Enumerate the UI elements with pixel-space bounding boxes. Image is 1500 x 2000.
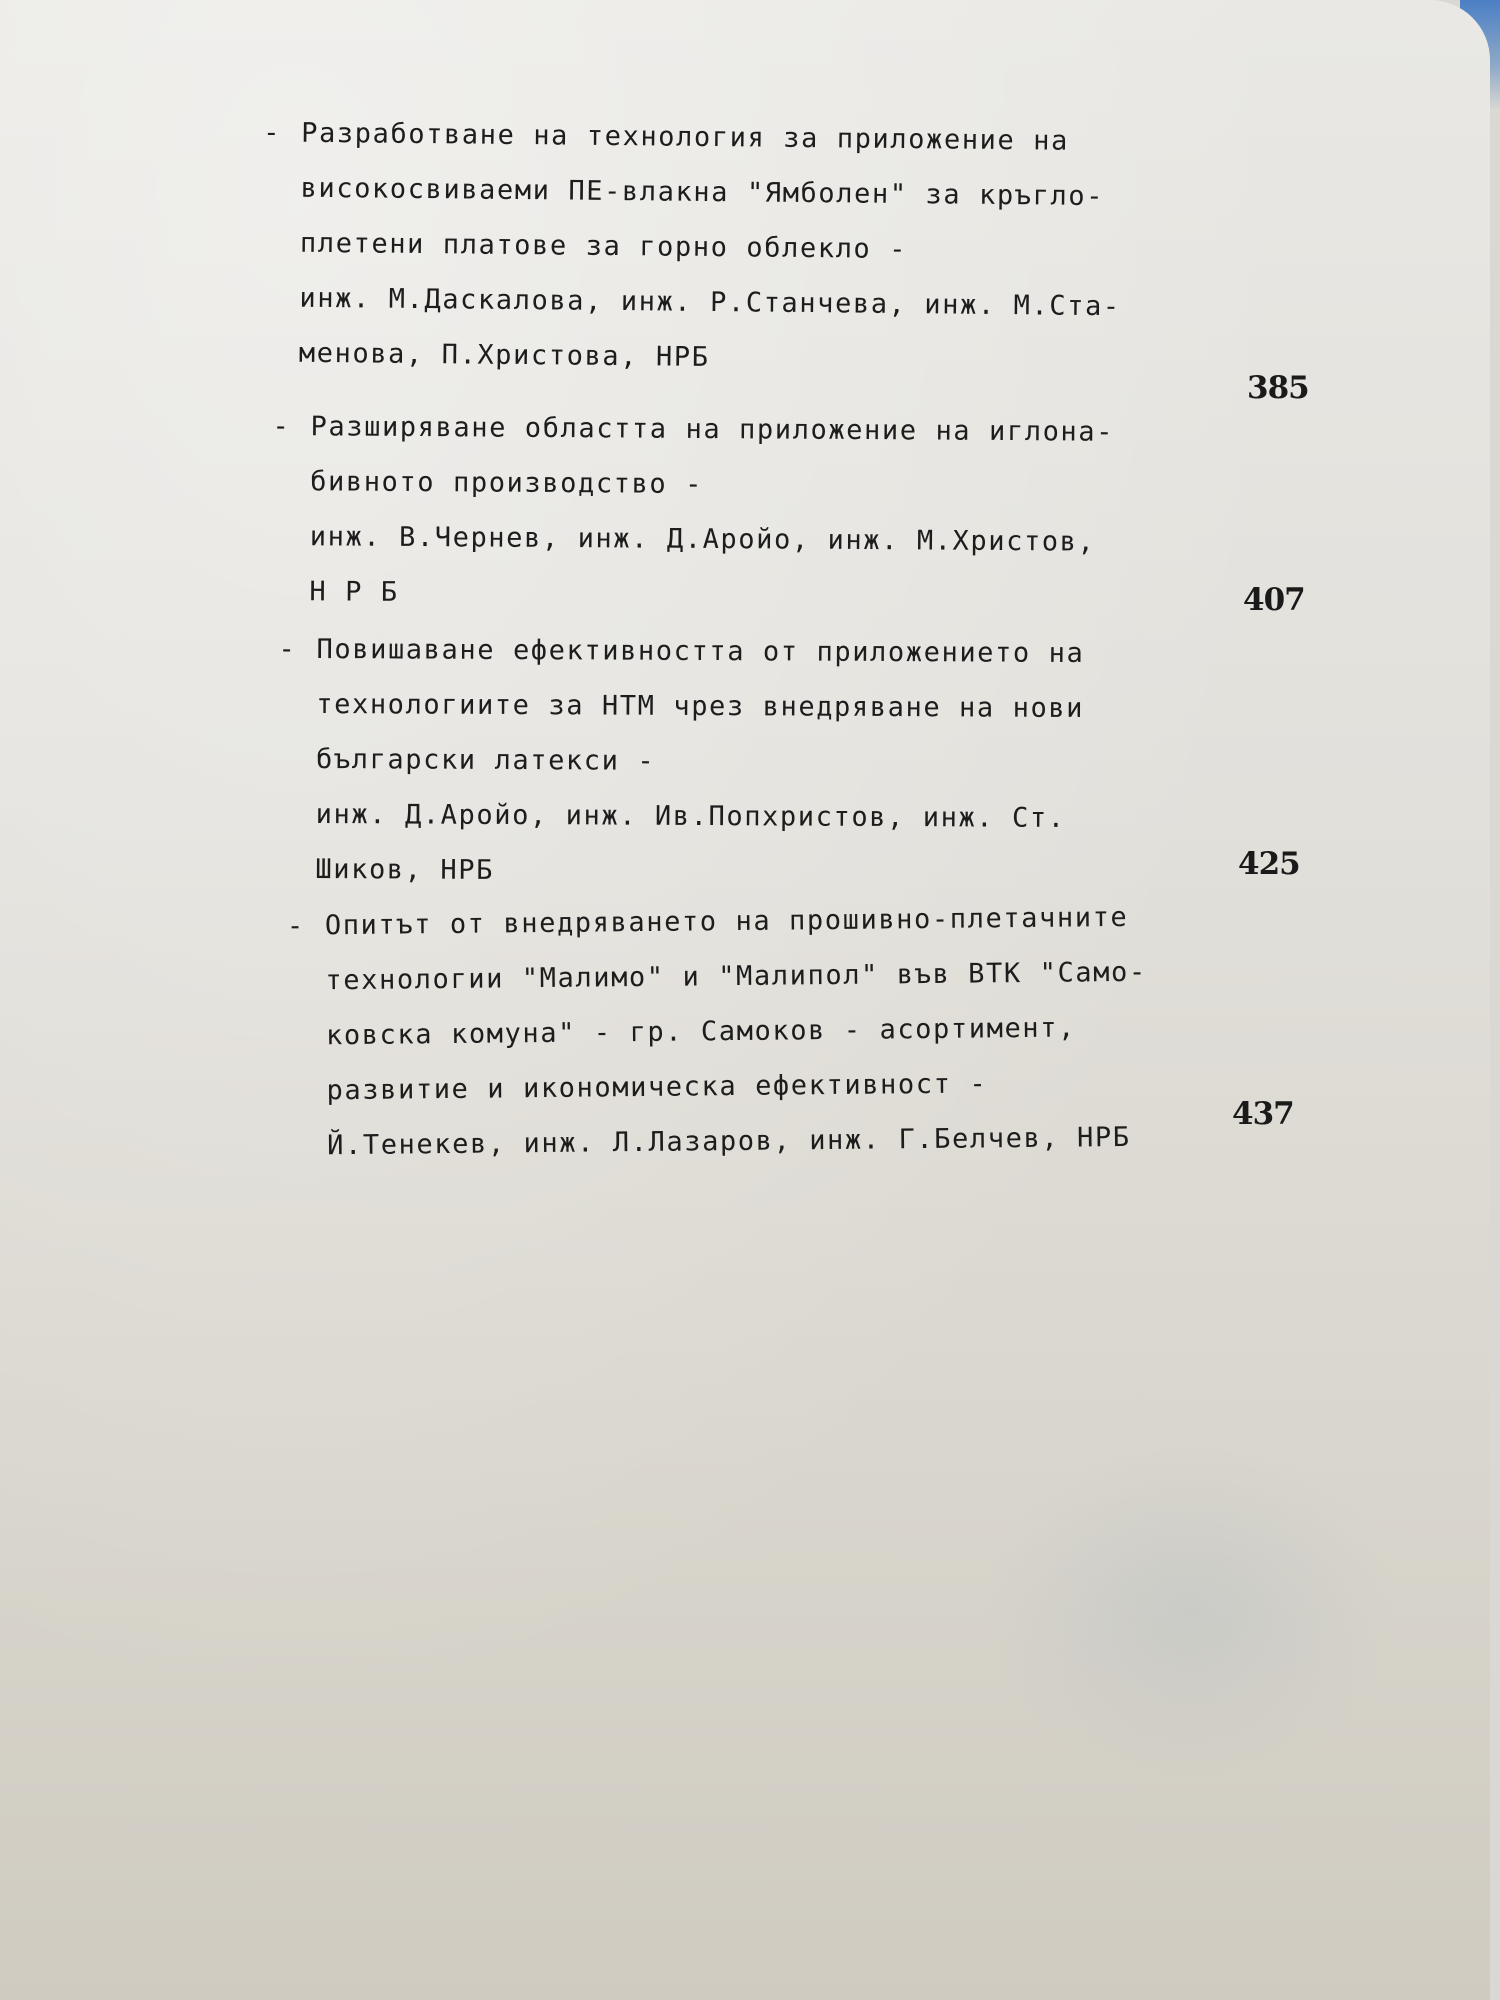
entry-bullet: -	[278, 622, 296, 677]
entry-title-line: Опитът от внедряването на прошивно-плета…	[325, 890, 1147, 954]
entry-page-number: 437	[1232, 1096, 1294, 1132]
toc-entry: - Повишаване ефективността от приложение…	[315, 622, 1084, 901]
entry-title-line: български латекси -	[316, 732, 1084, 791]
entry-authors-line: инж. Д.Аройо, инж. Ив.Попхристов, инж. С…	[316, 787, 1084, 846]
entry-page-number: 407	[1243, 582, 1305, 618]
entry-page-number: 425	[1238, 846, 1300, 882]
entry-authors-line: Й.Тенекев, инж. Л.Лазаров, инж. Г.Белчев…	[327, 1110, 1149, 1174]
entry-title-line: високосвиваеми ПЕ-влакна "Ямболен" за кр…	[300, 161, 1122, 225]
entry-title-line: Разработване на технология за приложение…	[301, 106, 1123, 170]
entry-title-line: развитие и икономическа ефективност -	[326, 1055, 1148, 1119]
entry-authors-line: инж. В.Чернев, инж. Д.Аройо, инж. М.Хрис…	[310, 509, 1114, 570]
entry-title-line: технологиите за НТМ чрез внедряване на н…	[316, 677, 1084, 736]
entry-bullet: -	[272, 399, 290, 454]
entry-authors-line: инж. М.Даскалова, инж. Р.Станчева, инж. …	[299, 271, 1121, 335]
entry-authors-line: Н Р Б	[309, 564, 1113, 625]
entry-title-line: Разширяване областта на приложение на иг…	[310, 399, 1114, 460]
entry-title-line: технологии "Малимо" и "Малипол" във ВТК …	[325, 945, 1147, 1009]
entry-authors-line: менова, П.Христова, НРБ	[299, 326, 1121, 390]
entry-title-line: Повишаване ефективността от приложението…	[316, 622, 1084, 681]
entry-bullet: -	[263, 105, 281, 160]
entry-page-number: 385	[1247, 370, 1309, 406]
entry-bullet: -	[287, 899, 305, 954]
entry-title-line: плетени платове за горно облекло -	[300, 216, 1122, 280]
toc-entry: - Разработване на технология за приложен…	[299, 106, 1123, 390]
paper-showthrough	[980, 1440, 1400, 1780]
entry-title-line: ковска комуна" - гр. Самоков - асортимен…	[326, 1000, 1148, 1064]
toc-entry: - Опитът от внедряването на прошивно-пле…	[325, 890, 1149, 1174]
entry-title-line: бивното производство -	[310, 454, 1114, 515]
toc-entry: - Разширяване областта на приложение на …	[309, 399, 1114, 625]
